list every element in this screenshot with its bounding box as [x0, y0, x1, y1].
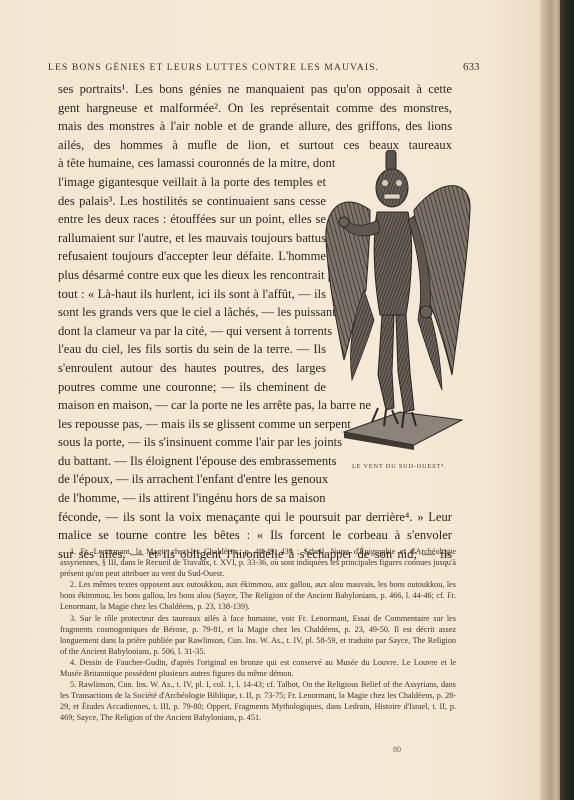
footnote-5: 5. Rawlinson, Cun. Ins. W. As., t. IV, p…	[60, 679, 456, 723]
signature-mark: 80	[393, 745, 401, 754]
footnote-4: 4. Dessin de Faucher-Gudin, d'après l'or…	[60, 657, 456, 679]
footnote-1: 1. Fr. Lenormant, la Magie chez les Chal…	[60, 546, 456, 579]
footnote-2: 2. Les mêmes textes opposent aux outoukk…	[60, 579, 456, 612]
footnote-3: 3. Sur le rôle protecteur des taureaux a…	[60, 613, 456, 657]
text-line: gent hargneuse et malformée². On les rep…	[58, 99, 452, 118]
text-line: de l'homme, — ils attirent l'ingénu hors…	[58, 489, 326, 508]
text-line: l'image gigantesque veillait à la porte …	[58, 173, 326, 192]
text-line: ses portraits¹. Les bons génies ne manqu…	[58, 80, 452, 99]
running-head: Les bons génies et leurs luttes contre l…	[48, 62, 448, 73]
text-line: entre les deux races : étouffées sur un …	[58, 210, 326, 229]
text-line: de l'époux, — ils arrachent l'enfant d'e…	[58, 470, 326, 489]
text-line: à tête humaine, ces lamassi couronnés de…	[58, 154, 326, 173]
text-line: l'eau du ciel, les fils sortis du sein d…	[58, 340, 326, 359]
text-line: les repousse pas, — mais ils se glissent…	[58, 415, 326, 434]
winged-demon-icon	[322, 150, 472, 450]
text-line: tout : « Là-haut ils hurlent, ici ils so…	[58, 285, 326, 304]
page-number: 633	[463, 61, 480, 73]
text-line: des palais³. Les hostilités se continuai…	[58, 192, 326, 211]
text-line: féconde, — ils sont la voix menaçante qu…	[58, 508, 452, 527]
page-edges	[540, 0, 560, 800]
demon-statuette-illustration	[322, 150, 472, 450]
figure-caption: Le vent du Sud-Ouest⁴.	[352, 463, 446, 470]
text-line: poutres comme une couronne; — ils chemin…	[58, 378, 326, 397]
text-line: du battant. — Ils éloignent l'épouse des…	[58, 452, 326, 471]
text-line: mais des monstres à l'air noble et de gr…	[58, 117, 452, 136]
text-line: refusaient toujours d'accepter leur défa…	[58, 247, 326, 266]
text-line: dont la clameur va par la cité, — qui ve…	[58, 322, 326, 341]
text-line: sont les grands vers que le ciel a lâché…	[58, 303, 326, 322]
book-spine	[560, 0, 574, 800]
book-page: Les bons génies et leurs luttes contre l…	[0, 0, 540, 800]
text-line: sous la porte, — ils s'insinuent comme l…	[58, 433, 326, 452]
text-line: plus désarmé contre eux que les dieux le…	[58, 266, 326, 285]
text-line: maison en maison, — car la porte ne les …	[58, 396, 348, 415]
text-line: s'enroulent autour des hautes poutres, d…	[58, 359, 326, 378]
footnotes: 1. Fr. Lenormant, la Magie chez les Chal…	[60, 546, 456, 724]
text-line: malice se tourne contre les bêtes : « Il…	[58, 526, 452, 545]
text-line: rallumaient sur l'autre, et les mauvais …	[58, 229, 326, 248]
